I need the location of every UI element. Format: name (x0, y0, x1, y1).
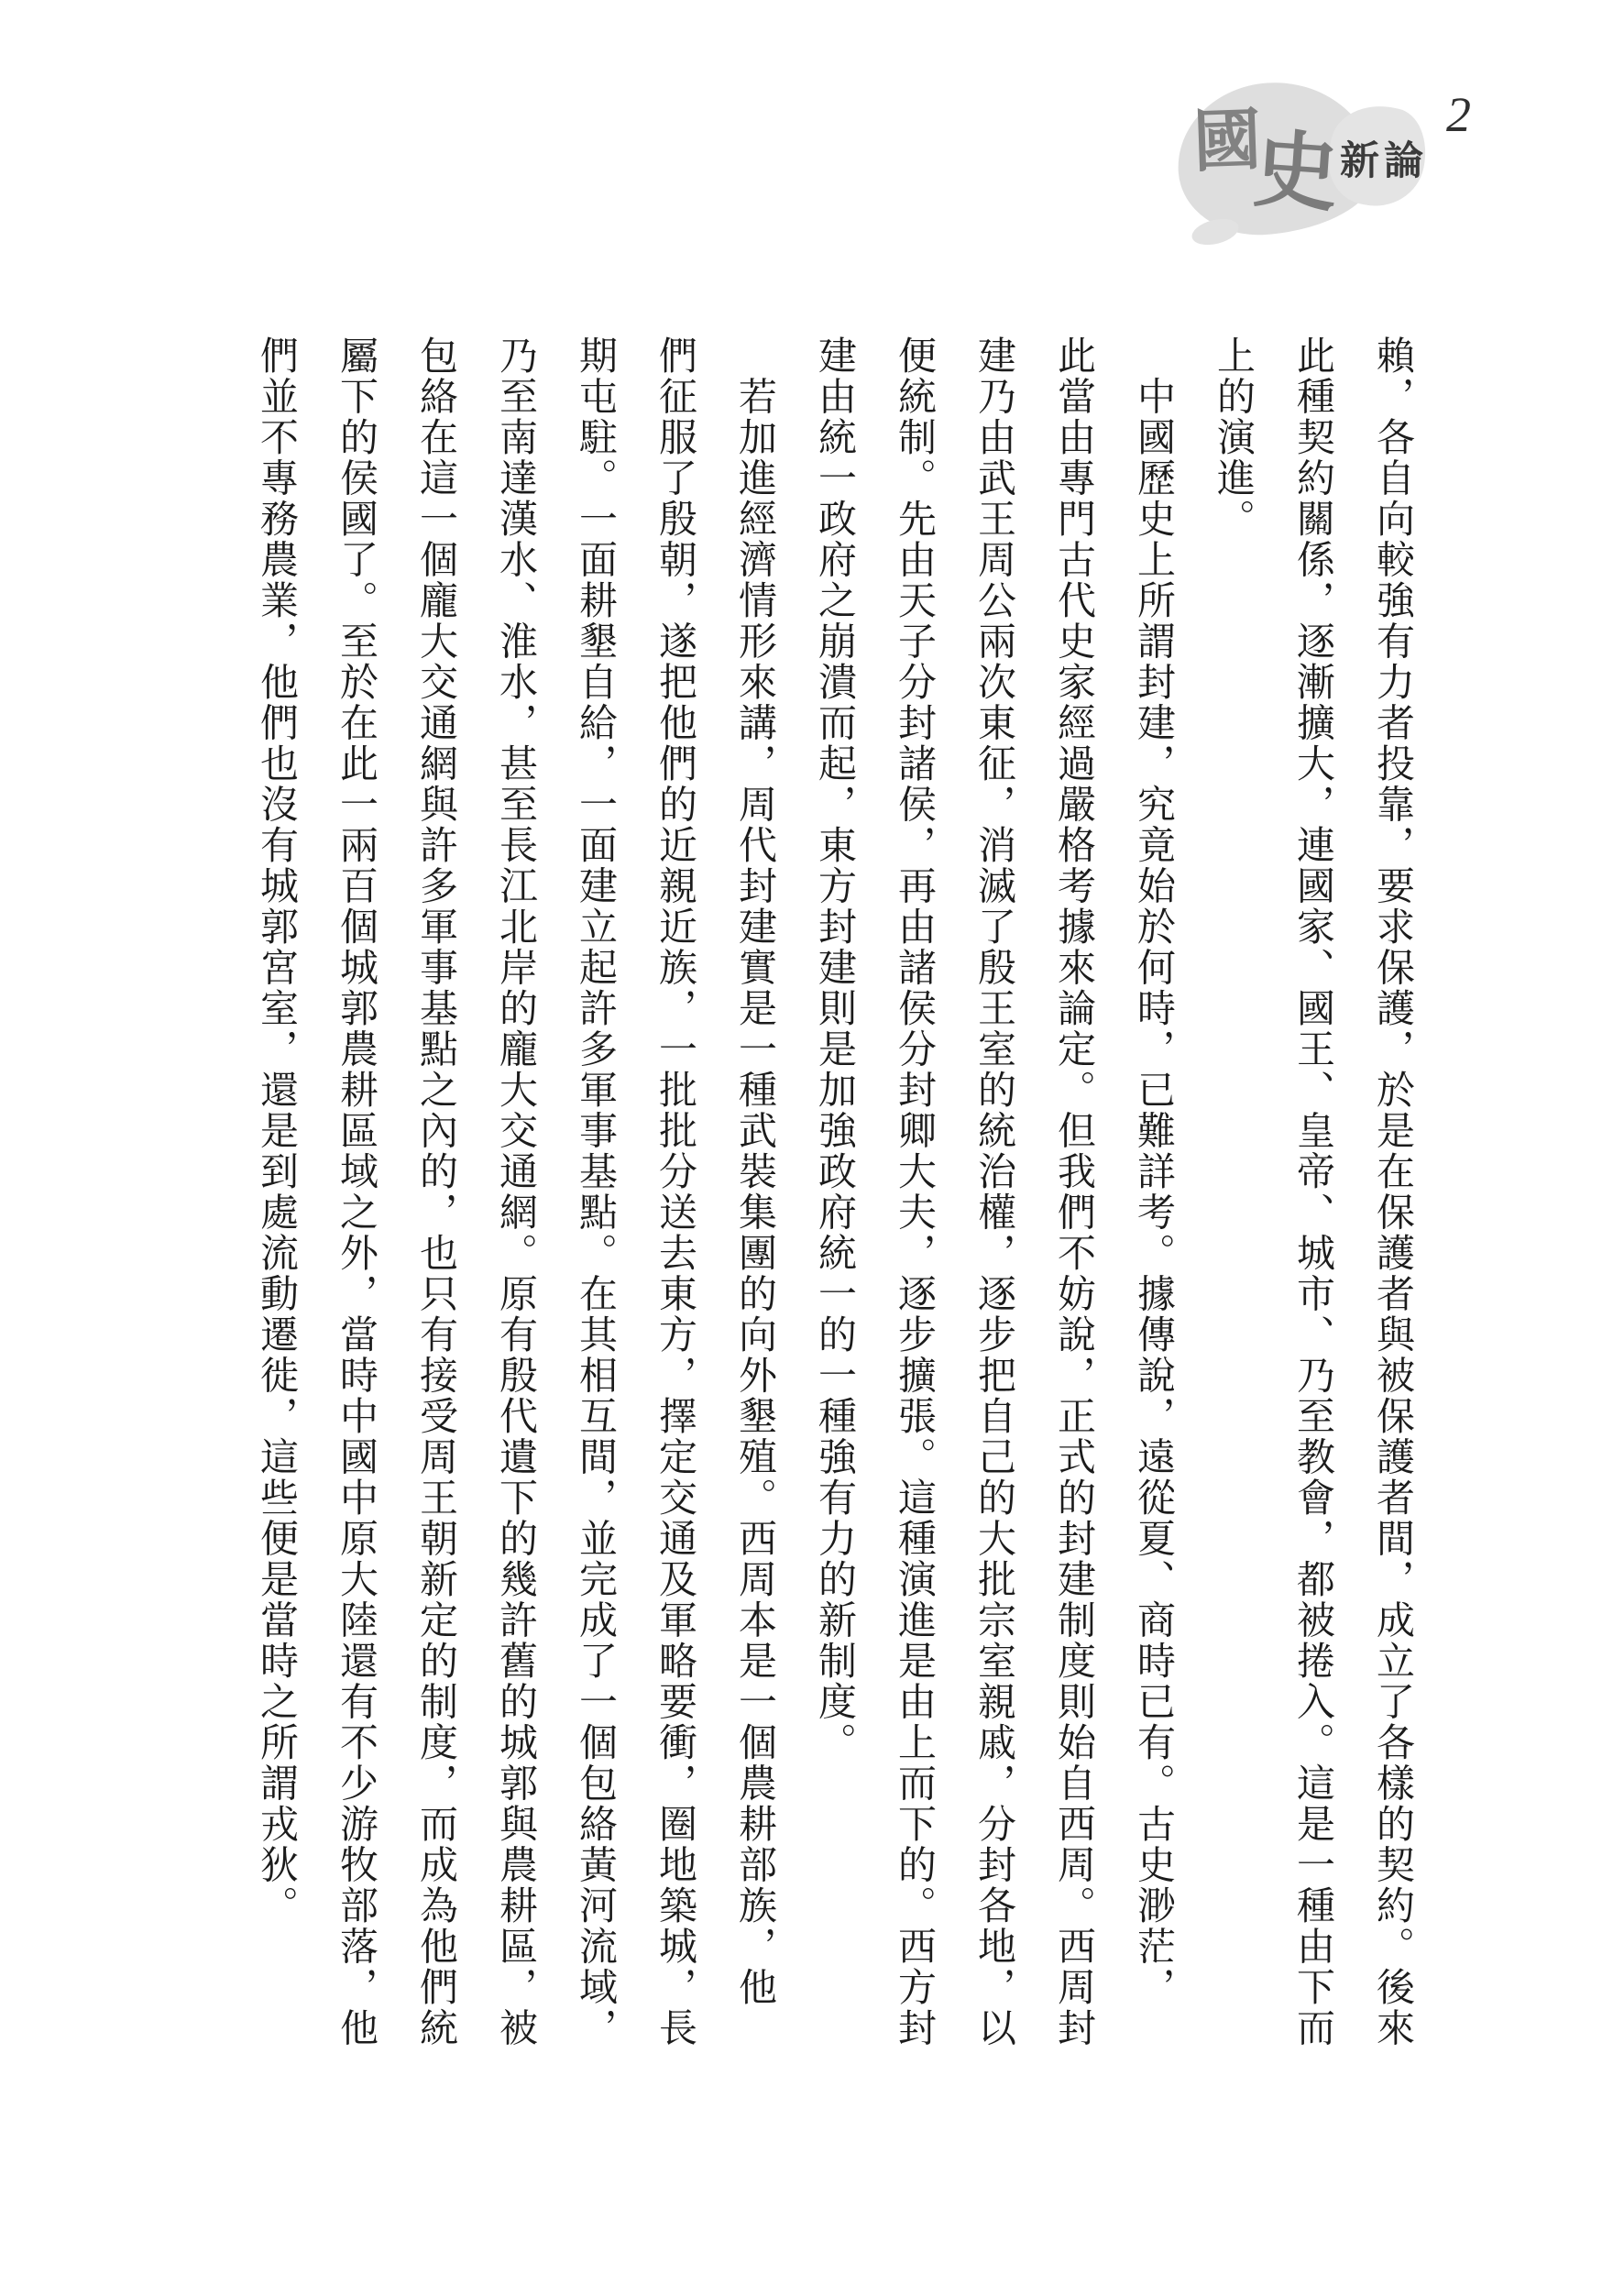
text-column: 建乃由武王周公兩次東征，消滅了殷王室的統治權，逐步把自己的大批宗室親戚，分封各地… (974, 335, 1013, 2060)
text-column: 上的演進。 (1213, 335, 1252, 2060)
page-number: 2 (1446, 90, 1471, 139)
text-column: 此種契約關係，逐漸擴大，連國家、國王、皇帝、城市、乃至教會，都被捲入。這是一種由… (1293, 335, 1332, 2060)
logo-seal-char-guo: 國 (1192, 107, 1263, 178)
text-column: 乃至南達漢水、淮水，甚至長江北岸的龐大交通網。原有殷代遺下的幾許舊的城郭與農耕區… (496, 335, 534, 2060)
logo-seal-char-shi: 史 (1251, 127, 1341, 217)
body-text: 賴，各自向較強有力者投靠，要求保護，於是在保護者與被保護者間，成立了各樣的契約。… (215, 335, 1411, 2060)
text-column: 包絡在這一個龐大交通網與許多軍事基點之內的，也只有接受周王朝新定的制度，而成為他… (416, 335, 455, 2060)
text-column: 屬下的侯國了。至於在此一兩百個城郭農耕區域之外，當時中國中原大陸還有不少游牧部落… (336, 335, 375, 2060)
text-column: 中國歷史上所謂封建，究竟始於何時，已難詳考。據傳說，遠從夏、商時已有。古史渺茫， (1134, 335, 1172, 2060)
text-column: 們並不專務農業，他們也沒有城郭宮室，還是到處流動遷徙，這些便是當時之所謂戎狄。 (257, 335, 295, 2060)
text-column: 們征服了殷朝，遂把他們的近親近族，一批批分送去東方，擇定交通及軍略要衝，圈地築城… (655, 335, 694, 2060)
text-column: 建由統一政府之崩潰而起，東方封建則是加強政府統一的一種強有力的新制度。 (815, 335, 853, 2060)
book-page: 國 史 新論 2 賴，各自向較強有力者投靠，要求保護，於是在保護者與被保護者間，… (0, 0, 1624, 2273)
text-column: 若加進經濟情形來講，周代封建實是一種武裝集團的向外墾殖。西周本是一個農耕部族，他 (735, 335, 774, 2060)
text-column: 便統制。先由天子分封諸侯，再由諸侯分封卿大夫，逐步擴張。這種演進是由上而下的。西… (894, 335, 933, 2060)
text-column: 此當由專門古代史家經過嚴格考據來論定。但我們不妨說，正式的封建制度則始自西周。西… (1054, 335, 1092, 2060)
text-column: 期屯駐。一面耕墾自給，一面建立起許多軍事基點。在其相互間，並完成了一個包絡黃河流… (576, 335, 614, 2060)
book-logo: 國 史 新論 (1173, 55, 1485, 257)
logo-subtitle: 新論 (1340, 142, 1428, 181)
text-column: 賴，各自向較強有力者投靠，要求保護，於是在保護者與被保護者間，成立了各樣的契約。… (1373, 335, 1411, 2060)
